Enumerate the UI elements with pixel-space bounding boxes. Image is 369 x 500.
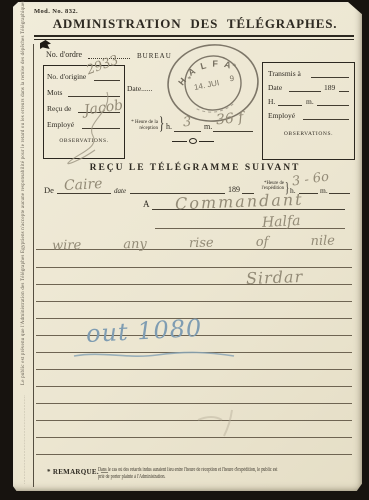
transmis-fill xyxy=(311,77,349,78)
right-m-label: m. xyxy=(306,97,314,106)
reception-h-label: h. xyxy=(166,122,172,131)
message-line xyxy=(36,386,352,387)
reception-label-line1: * Heure de la xyxy=(130,120,158,126)
transmit-details-box: Transmis à Date 189 H. m. Employé OBSERV… xyxy=(262,62,355,160)
expedition-m-label: m. xyxy=(320,186,328,195)
right-date-label: Date xyxy=(268,83,282,92)
form-title: ADMINISTRATION DES TÉLÉGRAPHES. xyxy=(35,16,355,32)
message-line xyxy=(36,284,352,285)
reception-label-line2: réception xyxy=(130,126,158,132)
header-rule-thick xyxy=(34,35,354,37)
handwritten-signature: Sirdar xyxy=(246,267,304,288)
message-line-short xyxy=(155,228,345,229)
no-origine-fill xyxy=(94,80,120,81)
side-notice-text: Le public est prévenu que l'Administrati… xyxy=(21,55,26,385)
stamp-star-left: * xyxy=(187,74,192,83)
message-line xyxy=(36,301,352,302)
message-line xyxy=(36,369,352,370)
expedition-m-fill xyxy=(329,193,350,194)
right-year-fill xyxy=(339,91,349,92)
printer-imprint: ········································… xyxy=(22,382,27,484)
handwritten-destination: Halfa xyxy=(262,213,301,231)
date-dotted-label: Date...... xyxy=(127,84,152,93)
left-margin-rule xyxy=(33,44,34,487)
message-line xyxy=(36,454,352,455)
reception-m-fill xyxy=(213,131,253,132)
right-h-label: H. xyxy=(268,97,275,106)
handwriting-flourish xyxy=(55,88,125,168)
reception-h-fill xyxy=(174,131,201,132)
form-model-number: Mod. No. 832. xyxy=(34,8,78,15)
right-h-fill xyxy=(278,105,302,106)
de-label: De xyxy=(44,185,54,195)
ornament-divider xyxy=(172,138,214,144)
right-employe-label: Employé xyxy=(268,111,295,120)
transmis-label: Transmis à xyxy=(268,69,301,78)
reception-brace: } xyxy=(159,114,164,133)
remark-text-line2: prié de porter plainte à l'Administratio… xyxy=(98,474,165,480)
reception-m-label: m. xyxy=(204,122,212,131)
right-date-fill xyxy=(289,91,321,92)
right-year-label: 189 xyxy=(324,83,335,92)
handwritten-reception-hour: 3 xyxy=(182,115,192,131)
a-label: A xyxy=(143,199,150,209)
message-line xyxy=(36,267,352,268)
message-line xyxy=(36,403,352,404)
stamp-star-right: * xyxy=(232,61,237,70)
no-origine-label: No. d'origine xyxy=(47,72,86,81)
handwritten-origin-city: Caire xyxy=(64,176,103,194)
halfa-postmark-stamp: HALFA 14. JUI 9 * * xyxy=(160,36,266,130)
stamp-date-text: 14. JUI xyxy=(193,78,220,92)
stamp-hour-text: 9 xyxy=(229,74,235,83)
observations-label-right: OBSERVATIONS. xyxy=(263,131,354,137)
remark-text-line1: Dans le cas où des retards indus auraien… xyxy=(98,467,277,473)
header-rule-thin xyxy=(34,39,354,40)
telegram-form-photo: Le public est prévenu que l'Administrati… xyxy=(0,0,369,500)
date-small-label: date xyxy=(114,187,126,195)
right-employe-fill xyxy=(303,119,349,120)
blue-pencil-underline xyxy=(72,348,237,362)
faint-pencil-smudge xyxy=(188,406,252,446)
handwritten-reception-minutes: 36 f xyxy=(215,110,244,129)
no-ordre-label: No. d'ordre xyxy=(46,50,82,59)
right-m-fill xyxy=(317,105,349,106)
